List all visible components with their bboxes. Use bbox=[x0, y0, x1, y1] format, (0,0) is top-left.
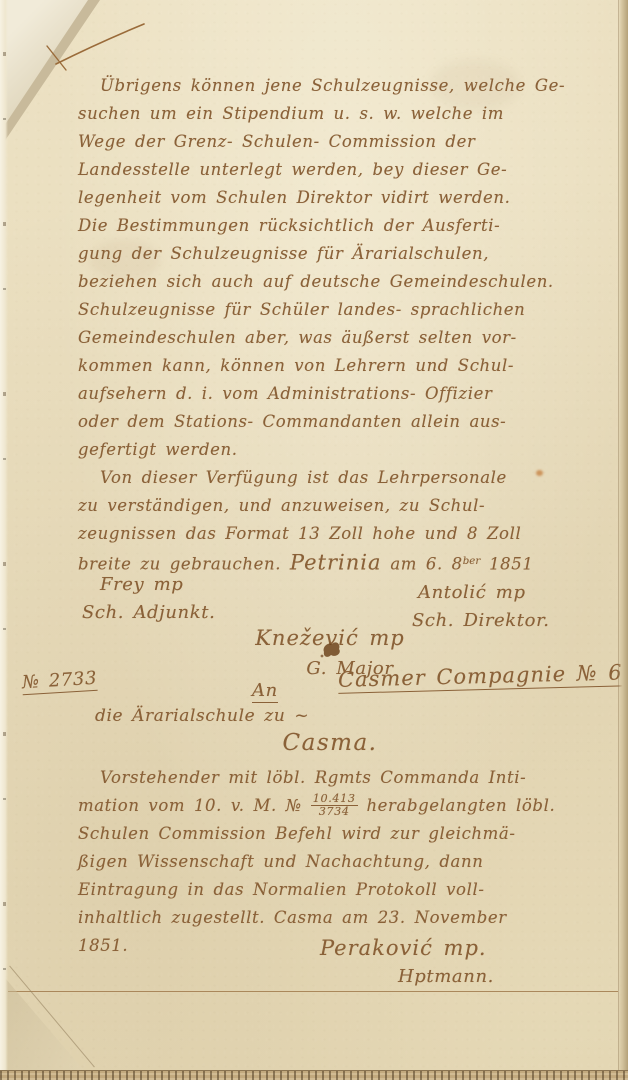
place-heading-casma: Casma. bbox=[230, 730, 430, 756]
dateline-text: am 6. 8 bbox=[381, 555, 462, 574]
place-name-petrinia: Petrinia bbox=[290, 551, 382, 575]
manuscript-line: beziehen sich auch auf deutsche Gemeinde… bbox=[78, 268, 612, 296]
manuscript-line: zu verständigen, und anzuweisen, zu Schu… bbox=[78, 492, 612, 520]
docket-recipient: die Ärarialschule zu ~ bbox=[95, 706, 309, 726]
manuscript-line: Übrigens können jene Schulzeugnisse, wel… bbox=[78, 72, 612, 100]
manuscript-line: aufsehern d. i. vom Administrations- Off… bbox=[78, 380, 612, 408]
manuscript-line: gung der Schulzeugnisse für Ärarialschul… bbox=[78, 240, 612, 268]
signature-antolic-name: Antolić mp bbox=[418, 582, 526, 603]
paragraph-3: Vorstehender mit löbl. Rgmts Commanda In… bbox=[78, 764, 612, 960]
binding-specks bbox=[3, 0, 6, 1071]
paragraph-1: Übrigens können jene Schulzeugnisse, wel… bbox=[78, 72, 612, 464]
manuscript-line: Die Bestimmungen rücksichtlich der Ausfe… bbox=[78, 212, 612, 240]
docket-number-text: № 2733 bbox=[21, 668, 97, 696]
docket-number: № 2733 bbox=[22, 670, 97, 693]
file-number-fraction: 10.4133734 bbox=[311, 793, 358, 819]
fraction-line-pre: mation vom 10. v. M. № bbox=[78, 796, 311, 815]
manuscript-line: Landesstelle unterlegt werden, bey diese… bbox=[78, 156, 612, 184]
signature-perakovic-name: Peraković mp. bbox=[320, 936, 487, 960]
manuscript-line: Schulen Commission Befehl wird zur gleic… bbox=[78, 820, 612, 848]
manuscript-line: kommen kann, können von Lehrern und Schu… bbox=[78, 352, 612, 380]
docket-an: An bbox=[252, 680, 278, 701]
fraction-denominator: 3734 bbox=[311, 806, 358, 818]
month-superscript: ber bbox=[463, 556, 480, 567]
manuscript-line: Von dieser Verfügung ist das Lehrpersona… bbox=[78, 464, 612, 492]
fraction-line-post: herabgelangten löbl. bbox=[358, 796, 556, 815]
manuscript-line: legenheit vom Schulen Direktor vidirt we… bbox=[78, 184, 612, 212]
manuscript-line: inhaltlich zugestellt. Casma am 23. Nove… bbox=[78, 904, 612, 932]
manuscript-line: oder dem Stations- Commandanten allein a… bbox=[78, 408, 612, 436]
dateline-text: breite zu gebrauchen. bbox=[78, 555, 290, 574]
dateline-year: 1851 bbox=[480, 555, 533, 574]
page-right-edge bbox=[618, 0, 628, 1071]
manuscript-line: suchen um ein Stipendium u. s. w. welche… bbox=[78, 100, 612, 128]
docket-company: Casmer Compagnie № 6. bbox=[338, 664, 628, 690]
signature-frey-title: Sch. Adjunkt. bbox=[82, 602, 215, 623]
dateline: breite zu gebrauchen. Petrinia am 6. 8be… bbox=[78, 548, 612, 576]
ink-blot bbox=[318, 638, 344, 660]
docket-an-text: An bbox=[252, 680, 278, 703]
fabric-weave-texture bbox=[0, 1071, 628, 1080]
bottom-left-crease bbox=[0, 972, 92, 1080]
paper-stain bbox=[536, 470, 543, 476]
manuscript-line: gefertigt werden. bbox=[78, 436, 612, 464]
fraction-numerator: 10.413 bbox=[311, 793, 358, 806]
fabric-scan-edge bbox=[0, 1070, 628, 1080]
manuscript-line-with-fraction: mation vom 10. v. M. № 10.4133734 herabg… bbox=[78, 792, 612, 820]
docket-company-text: Casmer Compagnie № 6. bbox=[338, 660, 628, 694]
signature-perakovic-title: Hptmann. bbox=[398, 966, 494, 987]
manuscript-line: Vorstehender mit löbl. Rgmts Commanda In… bbox=[78, 764, 612, 792]
manuscript-line: Eintragung in das Normalien Protokoll vo… bbox=[78, 876, 612, 904]
horizontal-ink-rule bbox=[8, 991, 618, 992]
manuscript-page: Übrigens können jene Schulzeugnisse, wel… bbox=[0, 0, 628, 1080]
manuscript-line: Schulzeugnisse für Schüler landes- sprac… bbox=[78, 296, 612, 324]
manuscript-line: Wege der Grenz- Schulen- Commission der bbox=[78, 128, 612, 156]
manuscript-line: ßigen Wissenschaft und Nachachtung, dann bbox=[78, 848, 612, 876]
manuscript-line: Gemeindeschulen aber, was äußerst selten… bbox=[78, 324, 612, 352]
manuscript-line: zeugnissen das Format 13 Zoll hohe und 8… bbox=[78, 520, 612, 548]
signature-frey-name: Frey mp bbox=[100, 574, 183, 595]
paragraph-2: Von dieser Verfügung ist das Lehrpersona… bbox=[78, 464, 612, 576]
